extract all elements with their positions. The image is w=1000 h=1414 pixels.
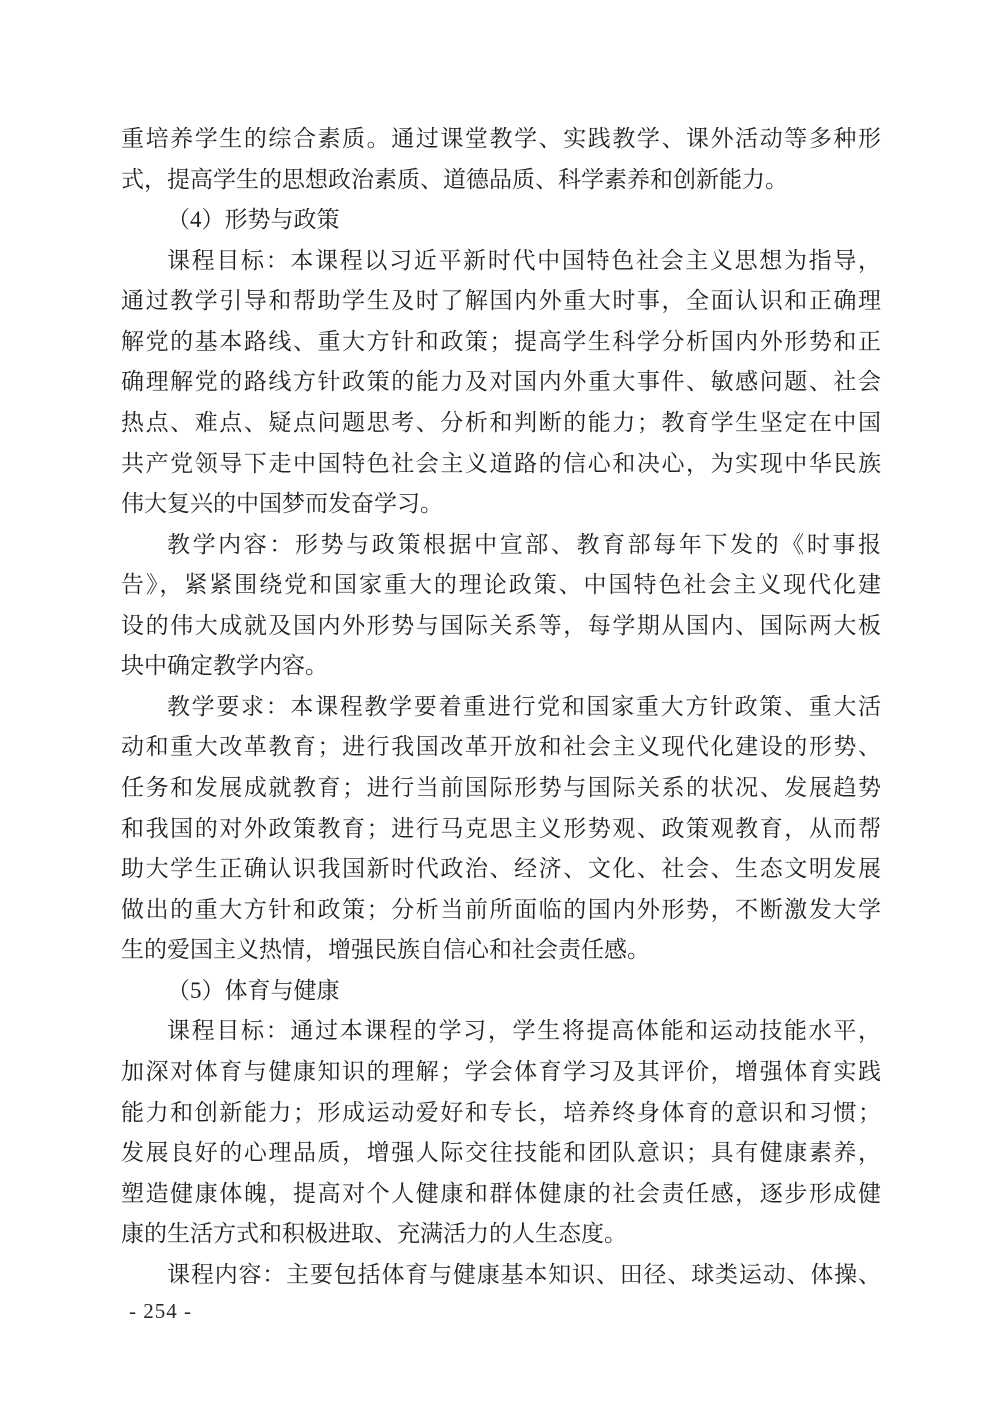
text-line: 教学内容：形势与政策根据中宣部、教育部每年下发的《时事报: [121, 525, 881, 566]
text-line: 块中确定教学内容。: [121, 646, 881, 687]
page-footer: - 254 -: [129, 1299, 192, 1323]
heading-paragraph: （5）体育与健康: [121, 971, 881, 1012]
heading-paragraph: （4）形势与政策: [121, 200, 881, 241]
text-line: 做出的重大方针和政策；分析当前所面临的国内外形势，不断激发大学: [121, 890, 881, 931]
document-text-body: 重培养学生的综合素质。通过课堂教学、实践教学、课外活动等多种形式，提高学生的思想…: [121, 119, 881, 1295]
body-paragraph: 课程目标：通过本课程的学习，学生将提高体能和运动技能水平，加深对体育与健康知识的…: [121, 1011, 881, 1254]
text-line: 课程内容：主要包括体育与健康基本知识、田径、球类运动、体操、: [121, 1255, 881, 1296]
page-number: - 254 -: [129, 1299, 192, 1323]
text-line: 课程目标：通过本课程的学习，学生将提高体能和运动技能水平，: [121, 1011, 881, 1052]
body-paragraph: 重培养学生的综合素质。通过课堂教学、实践教学、课外活动等多种形式，提高学生的思想…: [121, 119, 881, 200]
text-line: 式，提高学生的思想政治素质、道德品质、科学素养和创新能力。: [121, 160, 881, 201]
text-line: 教学要求：本课程教学要着重进行党和国家重大方针政策、重大活: [121, 687, 881, 728]
body-paragraph: 教学要求：本课程教学要着重进行党和国家重大方针政策、重大活动和重大改革教育；进行…: [121, 687, 881, 971]
text-line: 塑造健康体魄，提高对个人健康和群体健康的社会责任感，逐步形成健: [121, 1174, 881, 1215]
text-line: 任务和发展成就教育；进行当前国际形势与国际关系的状况、发展趋势: [121, 768, 881, 809]
text-line: 康的生活方式和积极进取、充满活力的人生态度。: [121, 1214, 881, 1255]
text-line: 加深对体育与健康知识的理解；学会体育学习及其评价，增强体育实践: [121, 1052, 881, 1093]
body-paragraph: 课程目标：本课程以习近平新时代中国特色社会主义思想为指导，通过教学引导和帮助学生…: [121, 241, 881, 525]
text-line: （4）形势与政策: [121, 200, 881, 241]
text-line: 生的爱国主义热情，增强民族自信心和社会责任感。: [121, 930, 881, 971]
text-line: 共产党领导下走中国特色社会主义道路的信心和决心，为实现中华民族: [121, 444, 881, 485]
text-line: 解党的基本路线、重大方针和政策；提高学生科学分析国内外形势和正: [121, 322, 881, 363]
text-line: 通过教学引导和帮助学生及时了解国内外重大时事，全面认识和正确理: [121, 281, 881, 322]
text-line: 设的伟大成就及国内外形势与国际关系等，每学期从国内、国际两大板: [121, 606, 881, 647]
text-line: 热点、难点、疑点问题思考、分析和判断的能力；教育学生坚定在中国: [121, 403, 881, 444]
text-line: 告》，紧紧围绕党和国家重大的理论政策、中国特色社会主义现代化建: [121, 565, 881, 606]
text-line: 助大学生正确认识我国新时代政治、经济、文化、社会、生态文明发展: [121, 849, 881, 890]
text-line: 课程目标：本课程以习近平新时代中国特色社会主义思想为指导，: [121, 241, 881, 282]
text-line: 重培养学生的综合素质。通过课堂教学、实践教学、课外活动等多种形: [121, 119, 881, 160]
text-line: （5）体育与健康: [121, 971, 881, 1012]
body-paragraph: 教学内容：形势与政策根据中宣部、教育部每年下发的《时事报告》，紧紧围绕党和国家重…: [121, 525, 881, 687]
body-paragraph: 课程内容：主要包括体育与健康基本知识、田径、球类运动、体操、: [121, 1255, 881, 1296]
text-line: 伟大复兴的中国梦而发奋学习。: [121, 484, 881, 525]
text-line: 和我国的对外政策教育；进行马克思主义形势观、政策观教育，从而帮: [121, 809, 881, 850]
document-page: 重培养学生的综合素质。通过课堂教学、实践教学、课外活动等多种形式，提高学生的思想…: [0, 0, 1000, 1414]
text-line: 确理解党的路线方针政策的能力及对国内外重大事件、敏感问题、社会: [121, 362, 881, 403]
text-line: 发展良好的心理品质，增强人际交往技能和团队意识；具有健康素养，: [121, 1133, 881, 1174]
text-line: 能力和创新能力；形成运动爱好和专长，培养终身体育的意识和习惯；: [121, 1093, 881, 1134]
text-line: 动和重大改革教育；进行我国改革开放和社会主义现代化建设的形势、: [121, 727, 881, 768]
